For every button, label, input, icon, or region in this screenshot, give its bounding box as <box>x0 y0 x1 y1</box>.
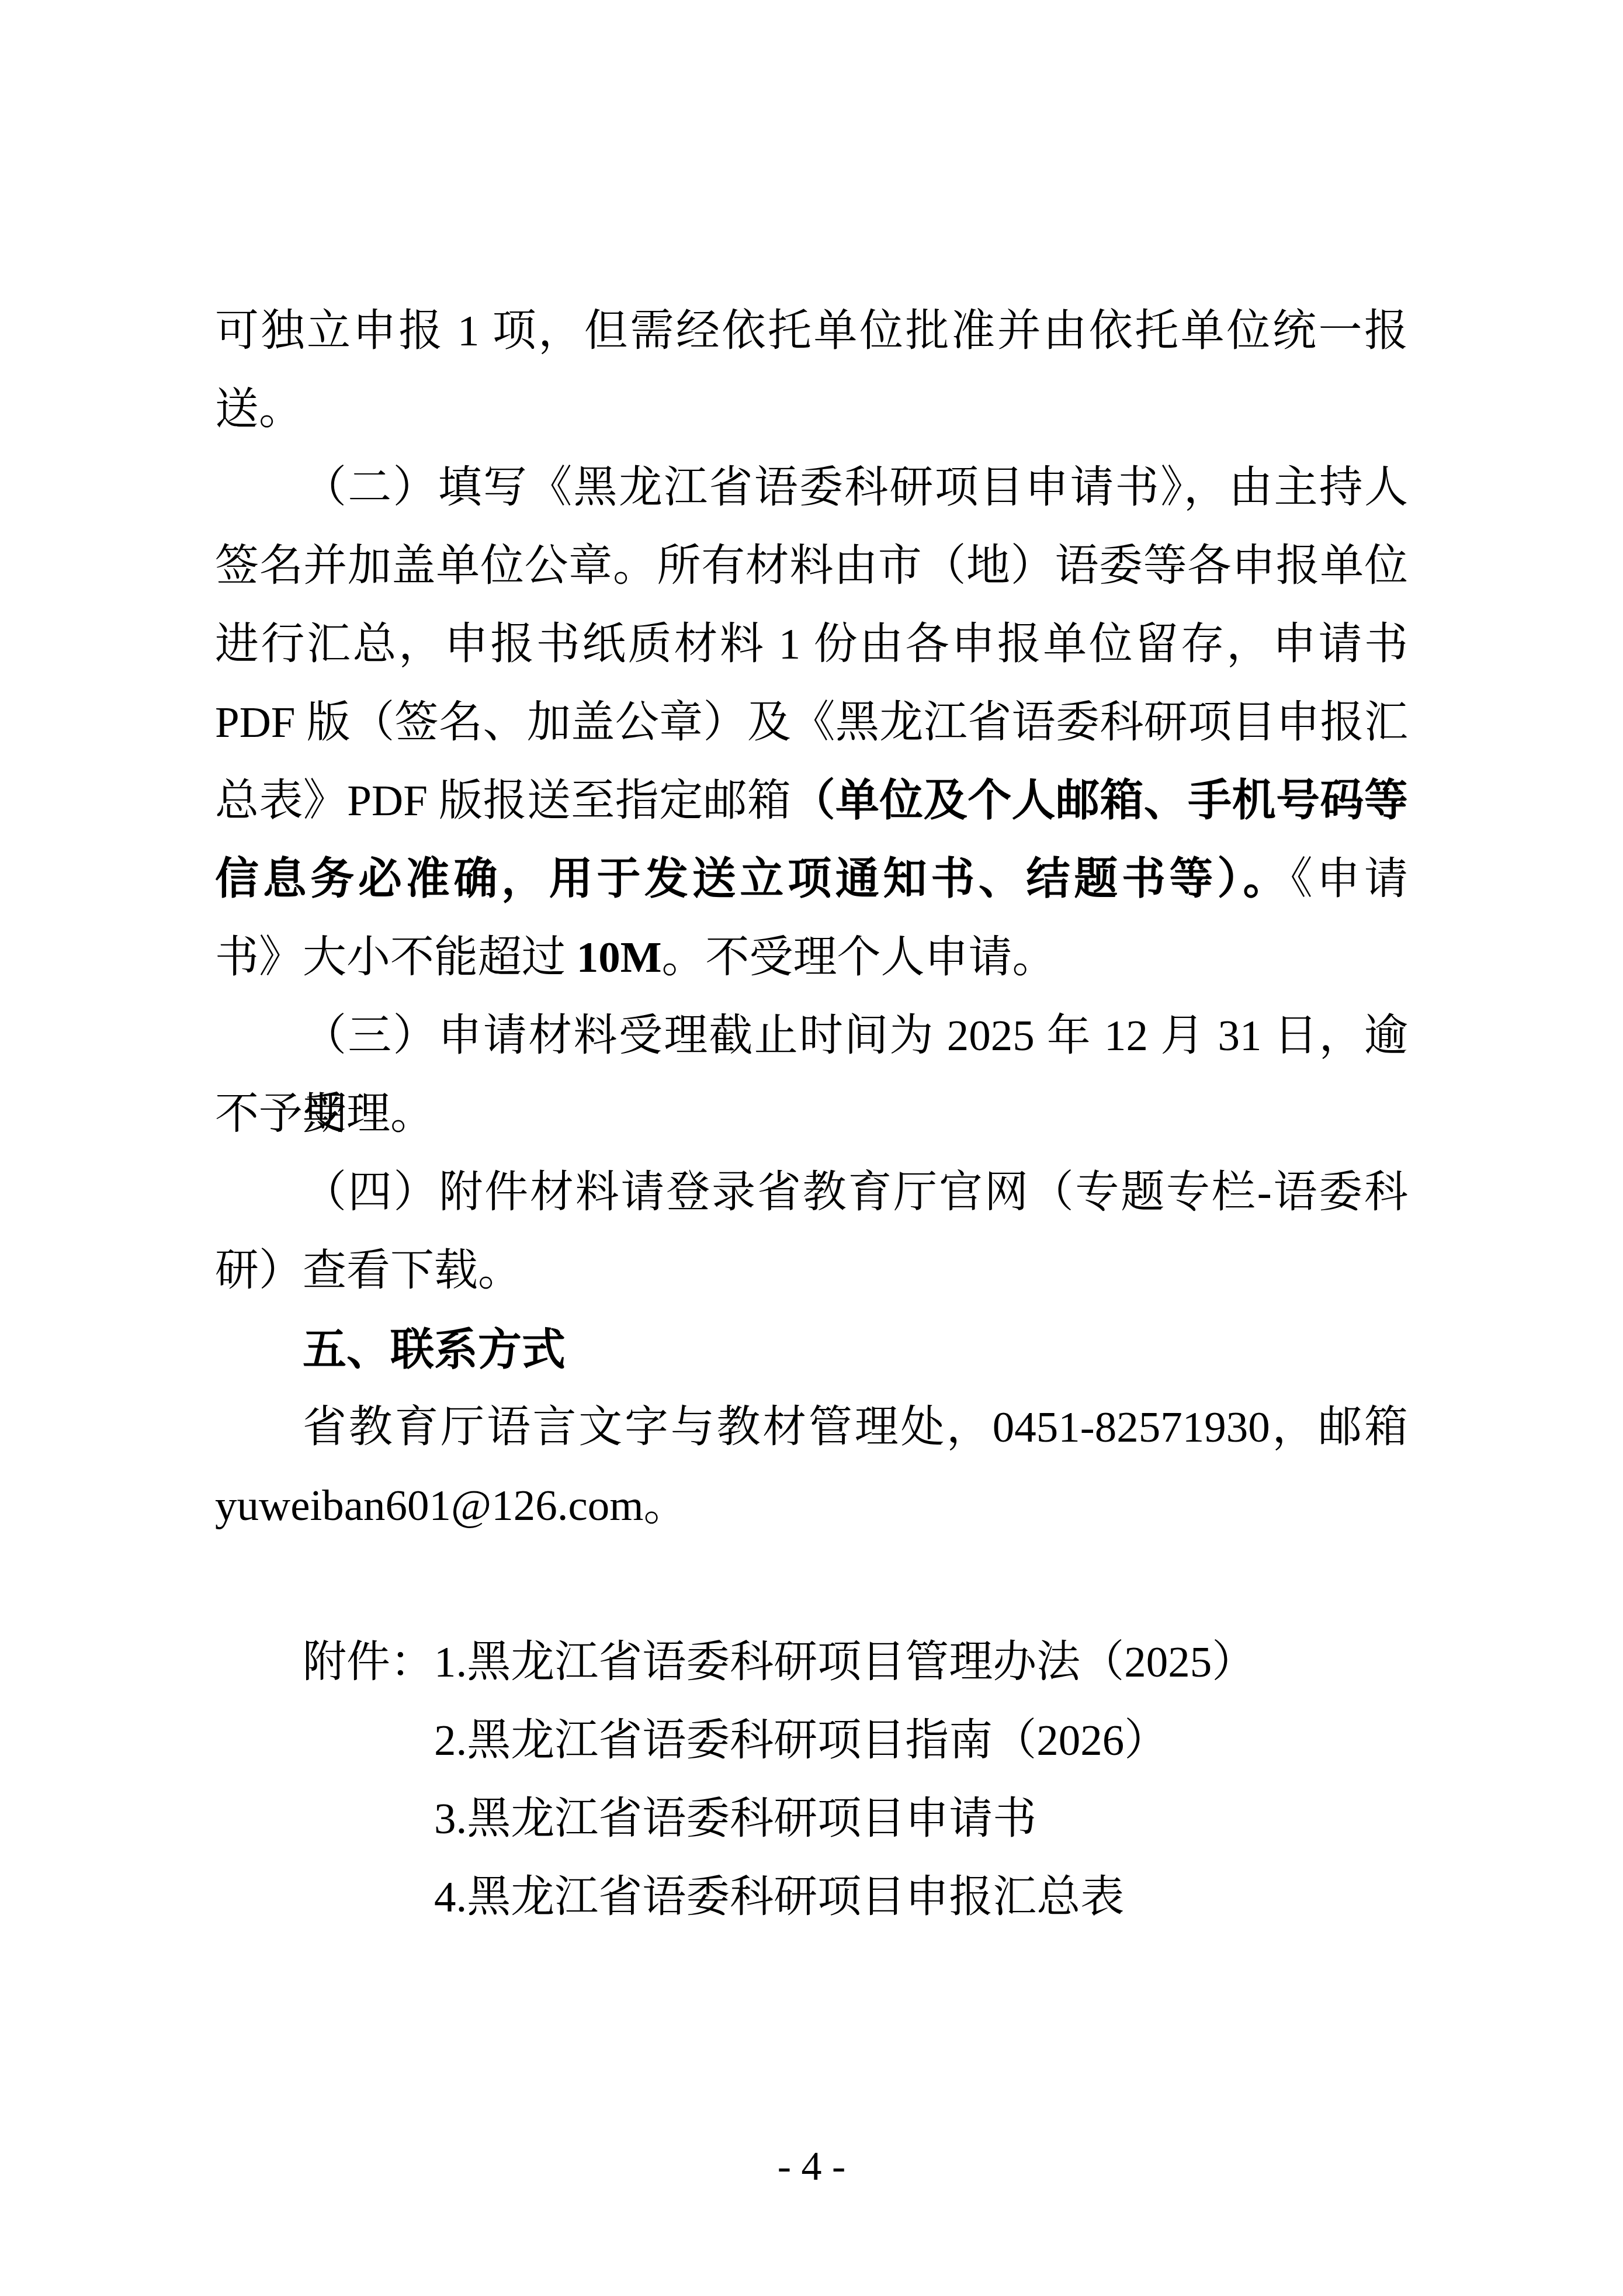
section-heading: 五、联系方式 <box>215 1310 1408 1388</box>
text-line: 3.黑龙江省语委科研项目申请书 <box>215 1780 1408 1858</box>
text-run: 《申请 <box>1291 855 1408 903</box>
emphasis-text: 信息务必准确，用于发送立项通知书、结题书等）。 <box>215 855 1291 903</box>
text-line: 签名并加盖单位公章。所有材料由市（地）语委等各申报单位 <box>215 527 1408 605</box>
text-line: 总表》PDF 版报送至指定邮箱（单位及个人邮箱、手机号码等 <box>215 762 1408 840</box>
text-run: （二）填写《黑龙江省语委科研项目申请书》，由主持人 <box>303 463 1408 512</box>
text-run: 。不受理个人申请。 <box>662 933 1056 982</box>
text-line: 送。 <box>215 370 1408 449</box>
text-line: 附件：1.黑龙江省语委科研项目管理办法（2025） <box>215 1623 1408 1702</box>
text-line: PDF 版（签名、加盖公章）及《黑龙江省语委科研项目申报汇 <box>215 684 1408 762</box>
text-run: 省教育厅语言文字与教材管理处，0451-82571930，邮箱 <box>303 1403 1408 1452</box>
page-number: - 4 - <box>778 2144 846 2189</box>
page-footer: - 4 - <box>0 2141 1623 2193</box>
text-line: 可独立申报 1 项，但需经依托单位批准并由依托单位统一报 <box>215 292 1408 370</box>
text-run: 4.黑龙江省语委科研项目申报汇总表 <box>434 1873 1124 1921</box>
emphasis-text: （单位及个人邮箱、手机号码等 <box>791 777 1408 825</box>
text-run: 2.黑龙江省语委科研项目指南（2026） <box>434 1716 1168 1765</box>
text-run: 进行汇总，申报书纸质材料 1 份由各申报单位留存，申请书 <box>215 620 1408 669</box>
text-line: 不予受理。 <box>215 1075 1408 1154</box>
text-run: 总表》PDF 版报送至指定邮箱 <box>215 777 791 825</box>
document-page: 可独立申报 1 项，但需经依托单位批准并由依托单位统一报送。（二）填写《黑龙江省… <box>0 0 1623 2296</box>
text-run: yuweiban601@126.com。 <box>215 1481 688 1530</box>
text-run: 书》大小不能超过 <box>215 933 577 982</box>
blank-line <box>215 1545 1408 1623</box>
text-run: PDF 版（签名、加盖公章）及《黑龙江省语委科研项目申报汇 <box>215 698 1408 747</box>
text-line: 进行汇总，申报书纸质材料 1 份由各申报单位留存，申请书 <box>215 605 1408 684</box>
text-line: 省教育厅语言文字与教材管理处，0451-82571930，邮箱 <box>215 1388 1408 1467</box>
text-line: 书》大小不能超过 10M。不受理个人申请。 <box>215 919 1408 997</box>
text-run: 3.黑龙江省语委科研项目申请书 <box>434 1795 1036 1843</box>
text-run: 研）查看下载。 <box>215 1246 522 1295</box>
text-line: 2.黑龙江省语委科研项目指南（2026） <box>215 1702 1408 1780</box>
text-line: （四）附件材料请登录省教育厅官网（专题专栏-语委科 <box>215 1154 1408 1232</box>
text-run: 送。 <box>215 385 303 434</box>
emphasis-text: 10M <box>577 933 662 982</box>
text-run: （四）附件材料请登录省教育厅官网（专题专栏-语委科 <box>303 1168 1408 1217</box>
text-line: 信息务必准确，用于发送立项通知书、结题书等）。《申请 <box>215 840 1408 919</box>
text-run: 不予受理。 <box>215 1090 434 1138</box>
text-line: yuweiban601@126.com。 <box>215 1467 1408 1545</box>
text-line: 4.黑龙江省语委科研项目申报汇总表 <box>215 1858 1408 1937</box>
text-line: 研）查看下载。 <box>215 1232 1408 1310</box>
text-line: （三）申请材料受理截止时间为 2025 年 12 月 31 日，逾期 <box>215 997 1408 1075</box>
text-run: 附件：1.黑龙江省语委科研项目管理办法（2025） <box>303 1638 1256 1686</box>
text-run: 可独立申报 1 项，但需经依托单位批准并由依托单位统一报 <box>215 307 1408 355</box>
text-line: （二）填写《黑龙江省语委科研项目申请书》，由主持人 <box>215 449 1408 527</box>
emphasis-text: 五、联系方式 <box>303 1325 566 1374</box>
text-run: 签名并加盖单位公章。所有材料由市（地）语委等各申报单位 <box>215 542 1408 590</box>
document-body: 可独立申报 1 项，但需经依托单位批准并由依托单位统一报送。（二）填写《黑龙江省… <box>215 292 1408 1937</box>
